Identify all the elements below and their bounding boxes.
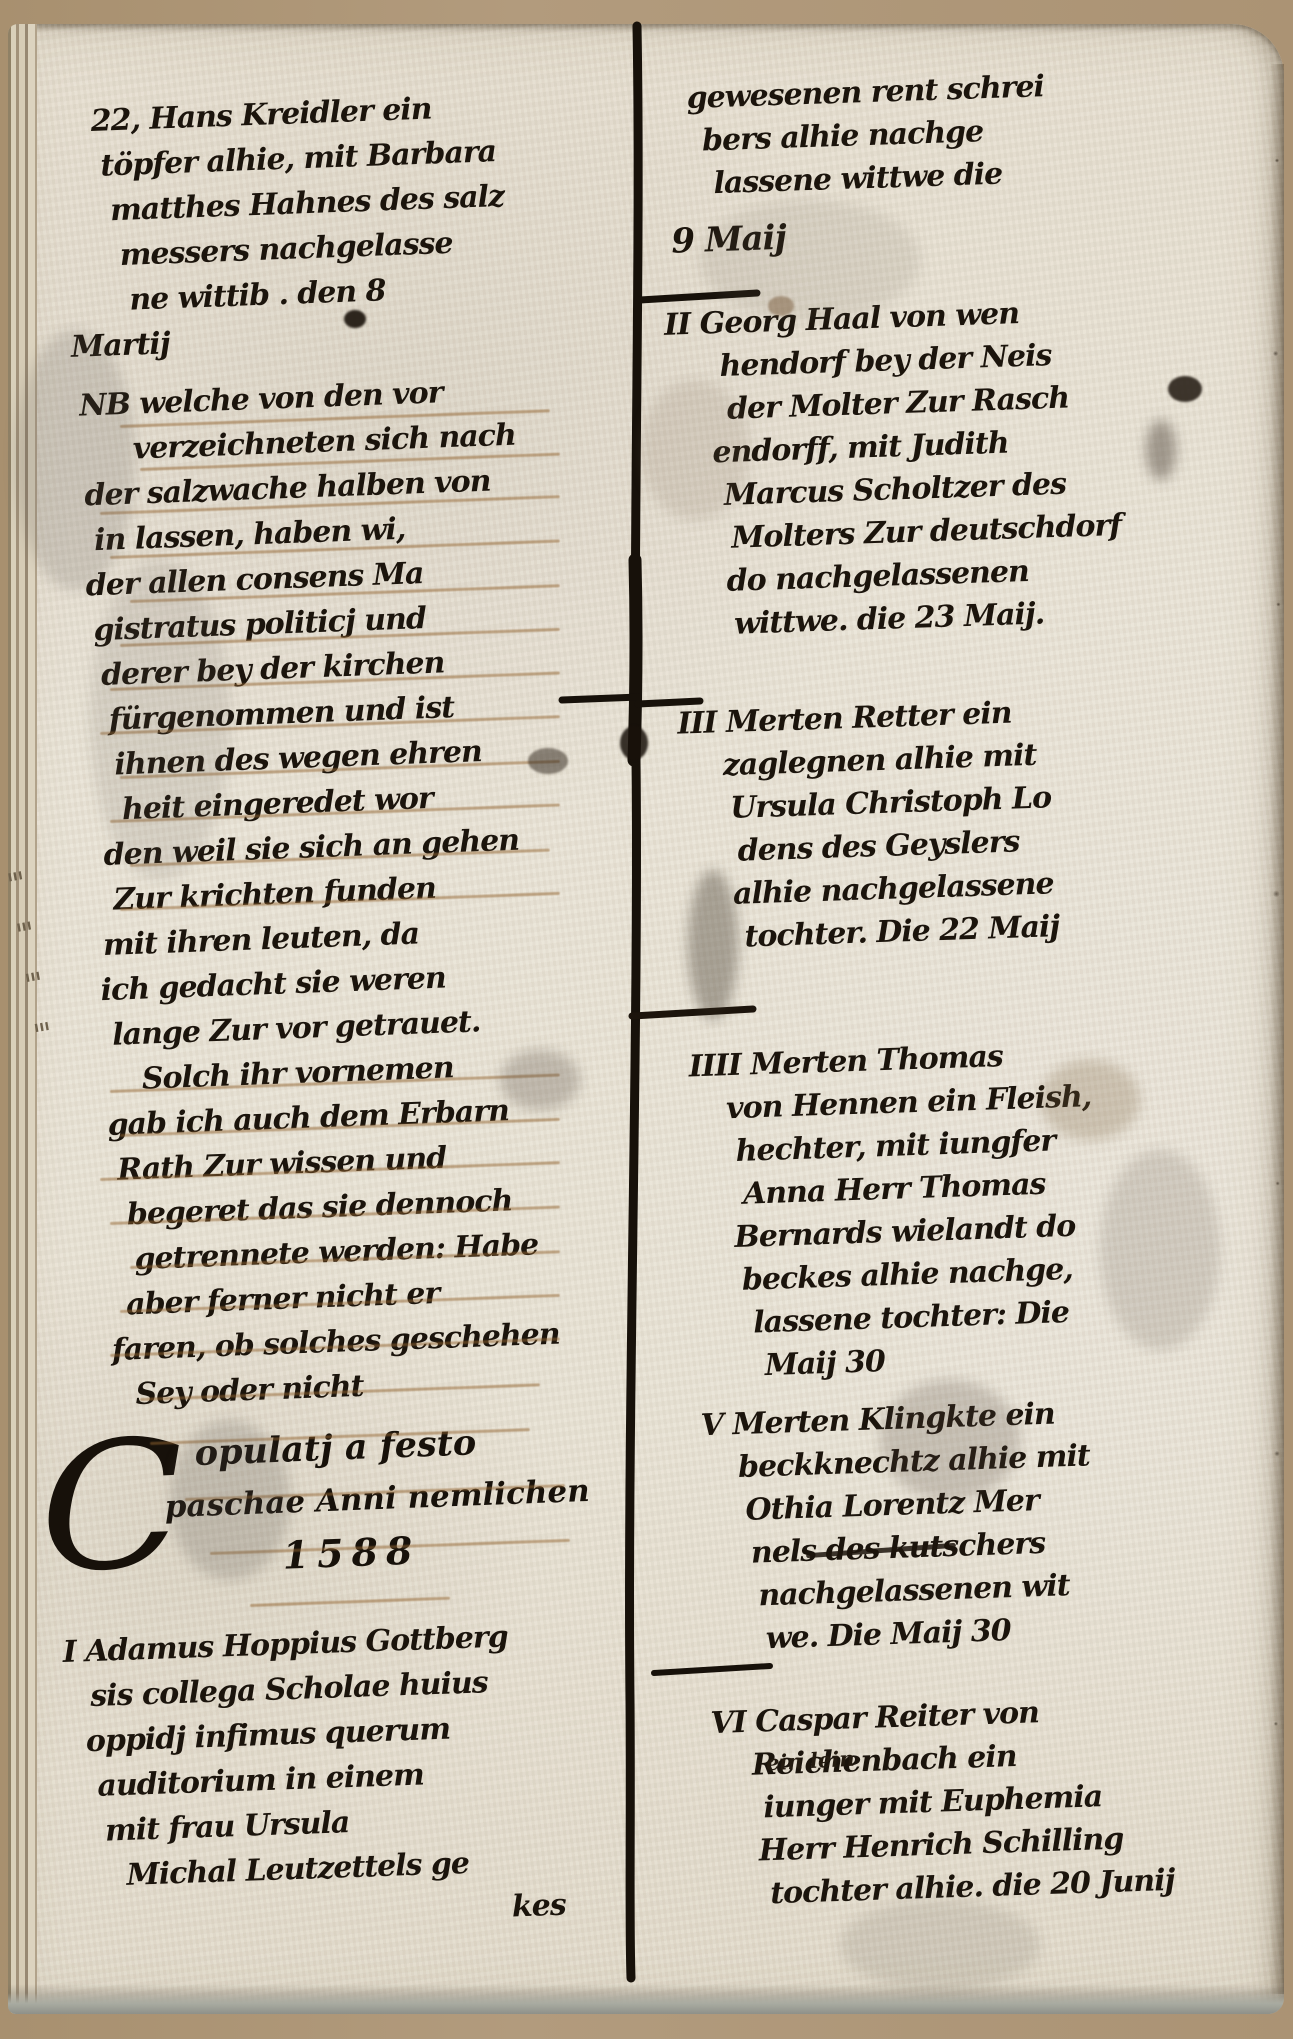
manuscript-photo: { "photo": { "background_color": "#ad977…	[0, 0, 1293, 2039]
ink-spot	[528, 748, 568, 774]
ink-spot	[344, 310, 366, 328]
entry-adamus-hoppius: I Adamus Hoppius Gottbergsis collega Sch…	[62, 1609, 673, 1945]
stain	[1146, 420, 1176, 480]
stain	[15, 330, 135, 590]
stain	[1040, 1060, 1140, 1140]
right-column-text: gewesenen rent schreibers alhie nachgela…	[656, 58, 1293, 1917]
ink-spot	[1168, 376, 1202, 402]
stain	[700, 200, 920, 320]
stain	[840, 1900, 1040, 1990]
decorated-initial-c: C	[36, 1430, 187, 1585]
stain	[880, 1380, 1020, 1500]
stain	[640, 380, 750, 520]
stain	[170, 1420, 290, 1580]
ink-spot	[620, 726, 648, 760]
stain	[90, 560, 230, 880]
interlinear-insertion: ein lein	[765, 1746, 855, 1776]
stain	[1100, 1150, 1220, 1350]
page-bottom-edge	[8, 1984, 1284, 2014]
stain	[688, 870, 738, 1020]
manuscript-line: kes	[511, 1879, 672, 1930]
stain	[500, 1050, 580, 1110]
